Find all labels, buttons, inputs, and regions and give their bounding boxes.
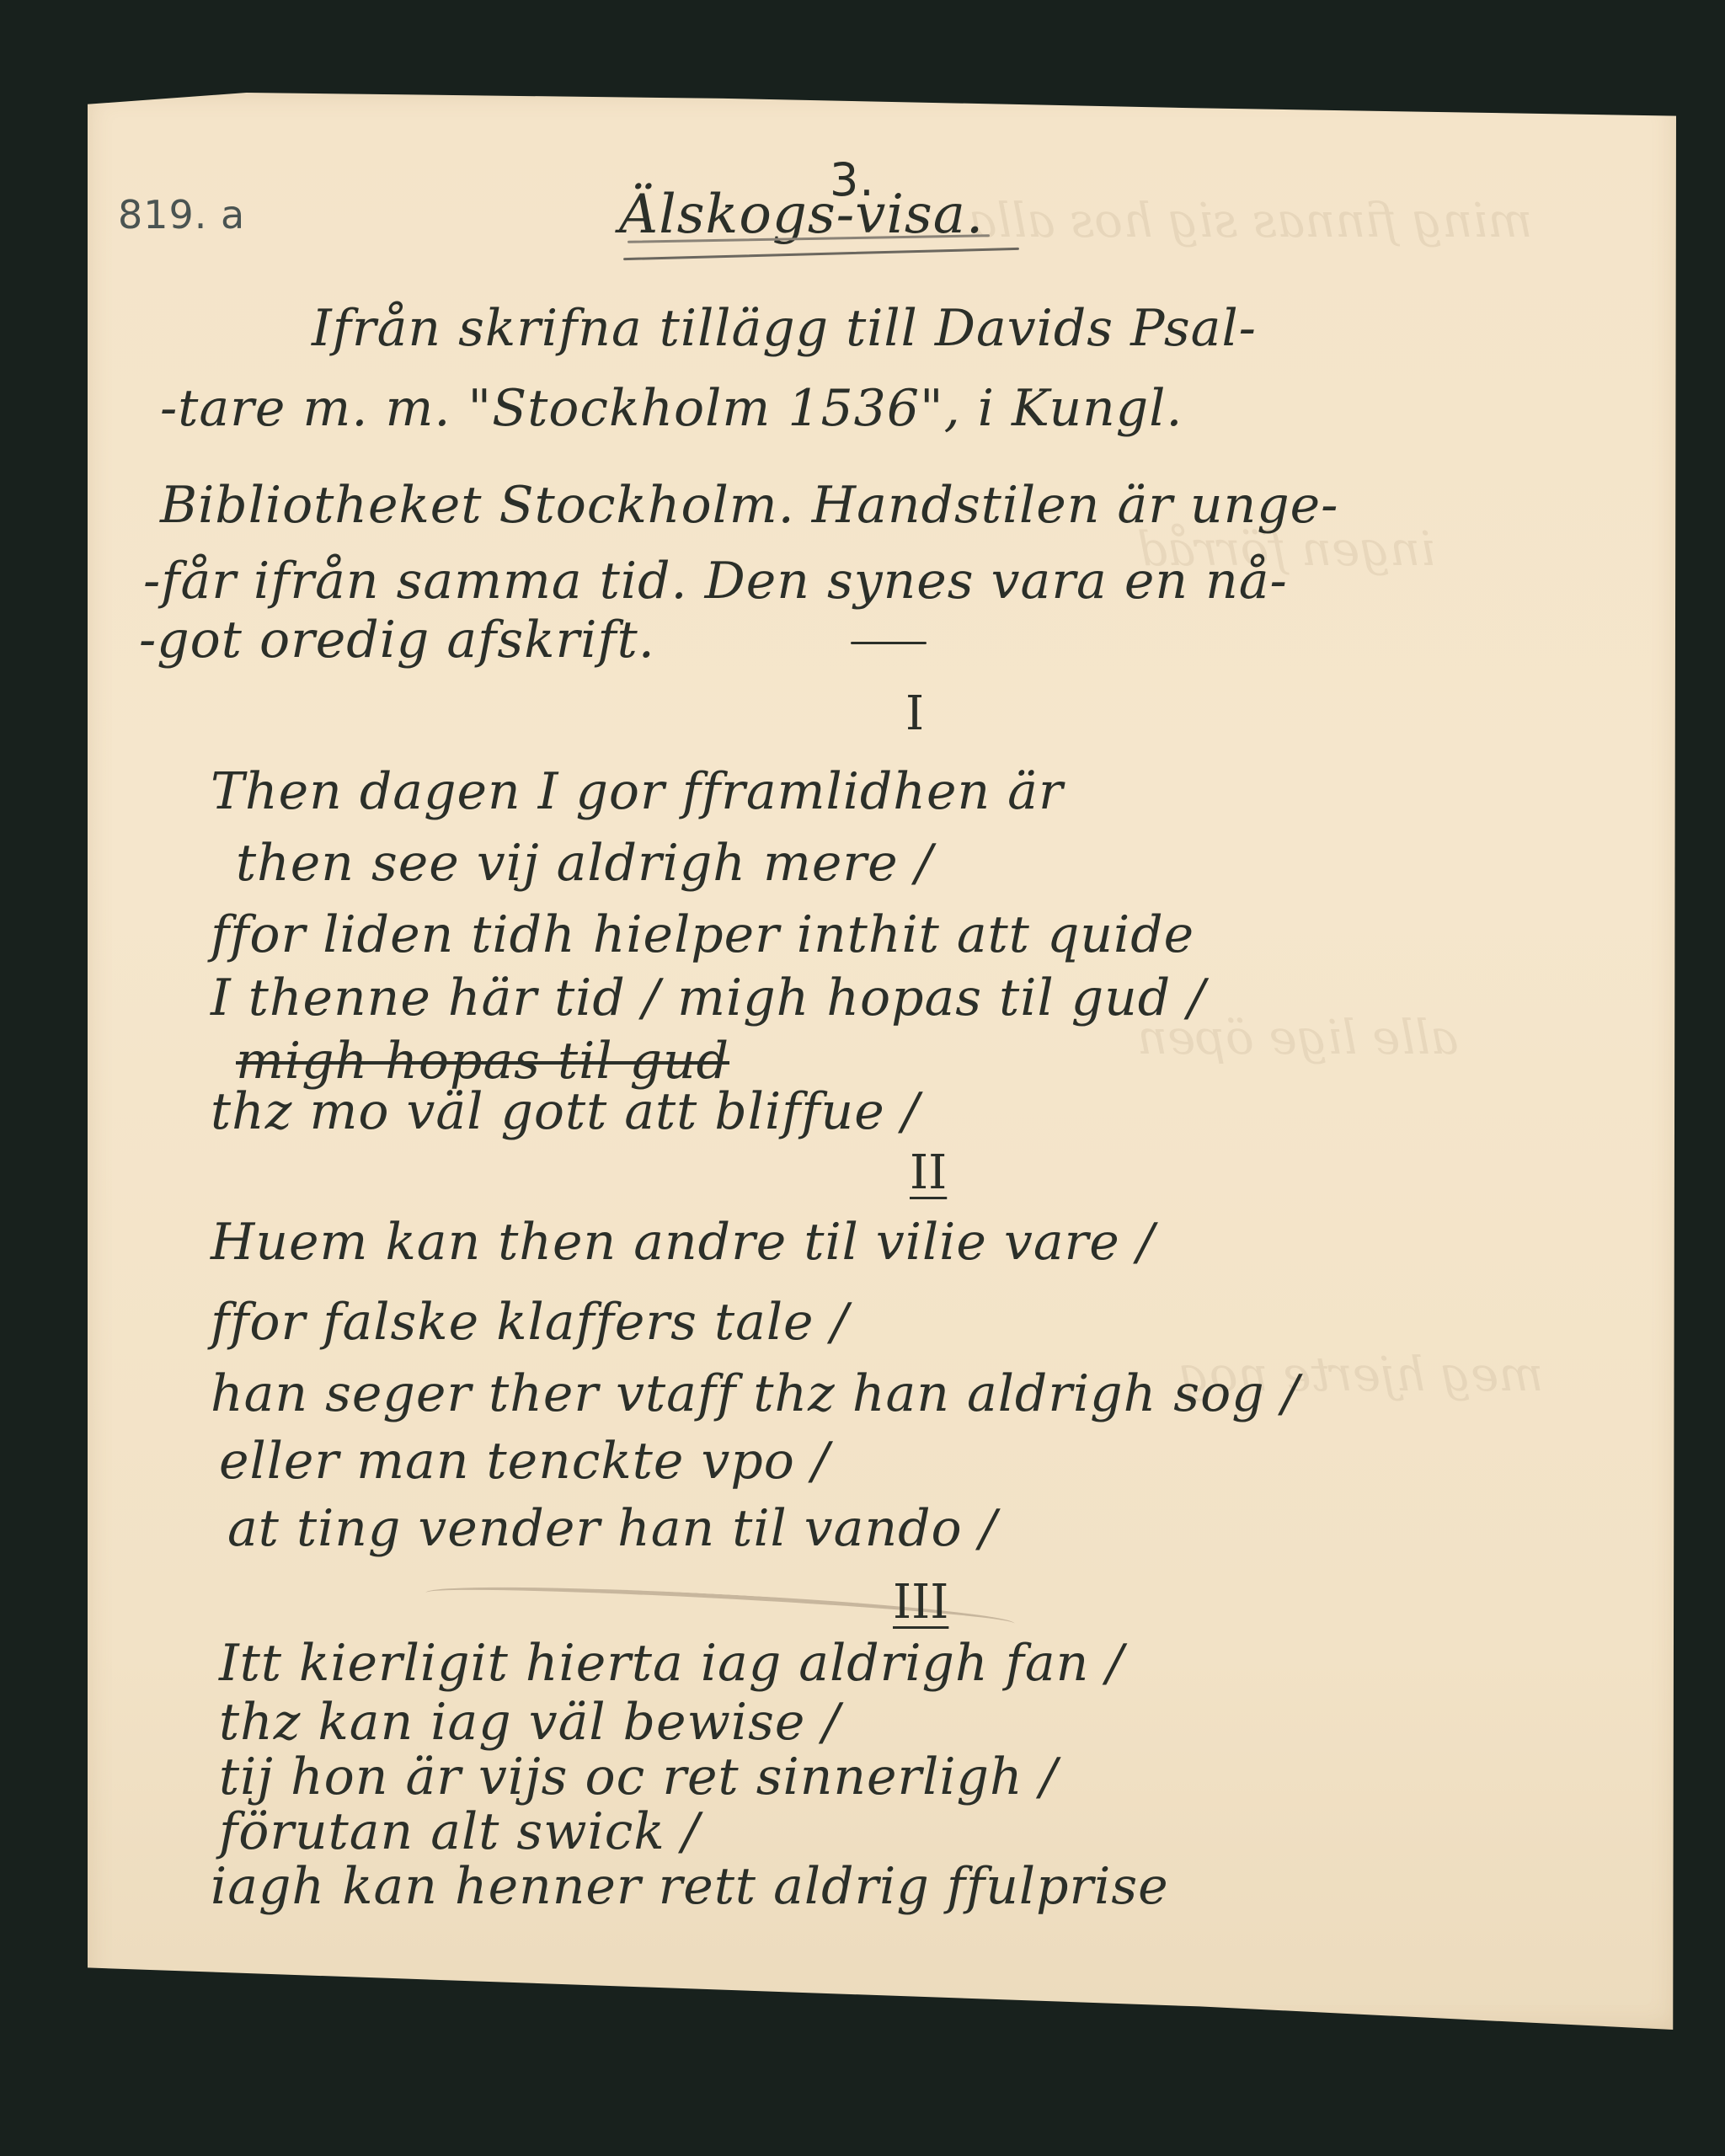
intro-line: -got oredig afskrift. [139,611,655,670]
verse-line: iagh kan henner rett aldrig ffulprise [211,1857,1169,1916]
intro-line: Ifrån skrifna tillägg till Davids Psal- [312,299,1257,358]
bleed-through-text: ming finnas sig hos alla [969,194,1532,248]
verse-line: eller man tenckte vpo / [219,1432,830,1491]
verse-line: thz kan iag väl bewise / [219,1693,841,1752]
intro-line: Bibliotheket Stockholm. Handstilen är un… [160,476,1338,535]
verse-line: han seger ther vtaff thz han aldrigh sog… [211,1364,1300,1423]
stanza-numeral: III [893,1575,948,1630]
section-divider [851,642,927,644]
verse-line: then see vij aldrigh mere / [236,834,933,893]
intro-line: -får ifrån samma tid. Den synes vara en … [143,552,1288,611]
verse-line: ffor falske klaffers tale / [211,1293,849,1352]
intro-line: -tare m. m. "Stockholm 1536", i Kungl. [160,379,1183,438]
catalog-number: 819. a [118,192,245,237]
stanza-numeral: I [905,686,924,741]
verse-line: I thenne här tid / migh hopas til gud / [211,969,1205,1027]
stanza-numeral: II [910,1145,947,1200]
verse-line: at ting vender han til vando / [227,1499,997,1558]
verse-line: ffor liden tidh hielper inthit att quide [211,905,1194,964]
verse-line: Itt kierligit hierta iag aldrigh fan / [219,1634,1124,1693]
verse-line: förutan alt swick / [219,1802,700,1861]
verse-line: tij hon är vijs oc ret sinnerligh / [219,1748,1058,1806]
verse-line: Huem kan then andre til vilie vare / [211,1213,1155,1272]
verse-line: thz mo väl gott att bliffue / [211,1082,920,1141]
verse-line: Then dagen I gor fframlidhen är [211,762,1064,821]
